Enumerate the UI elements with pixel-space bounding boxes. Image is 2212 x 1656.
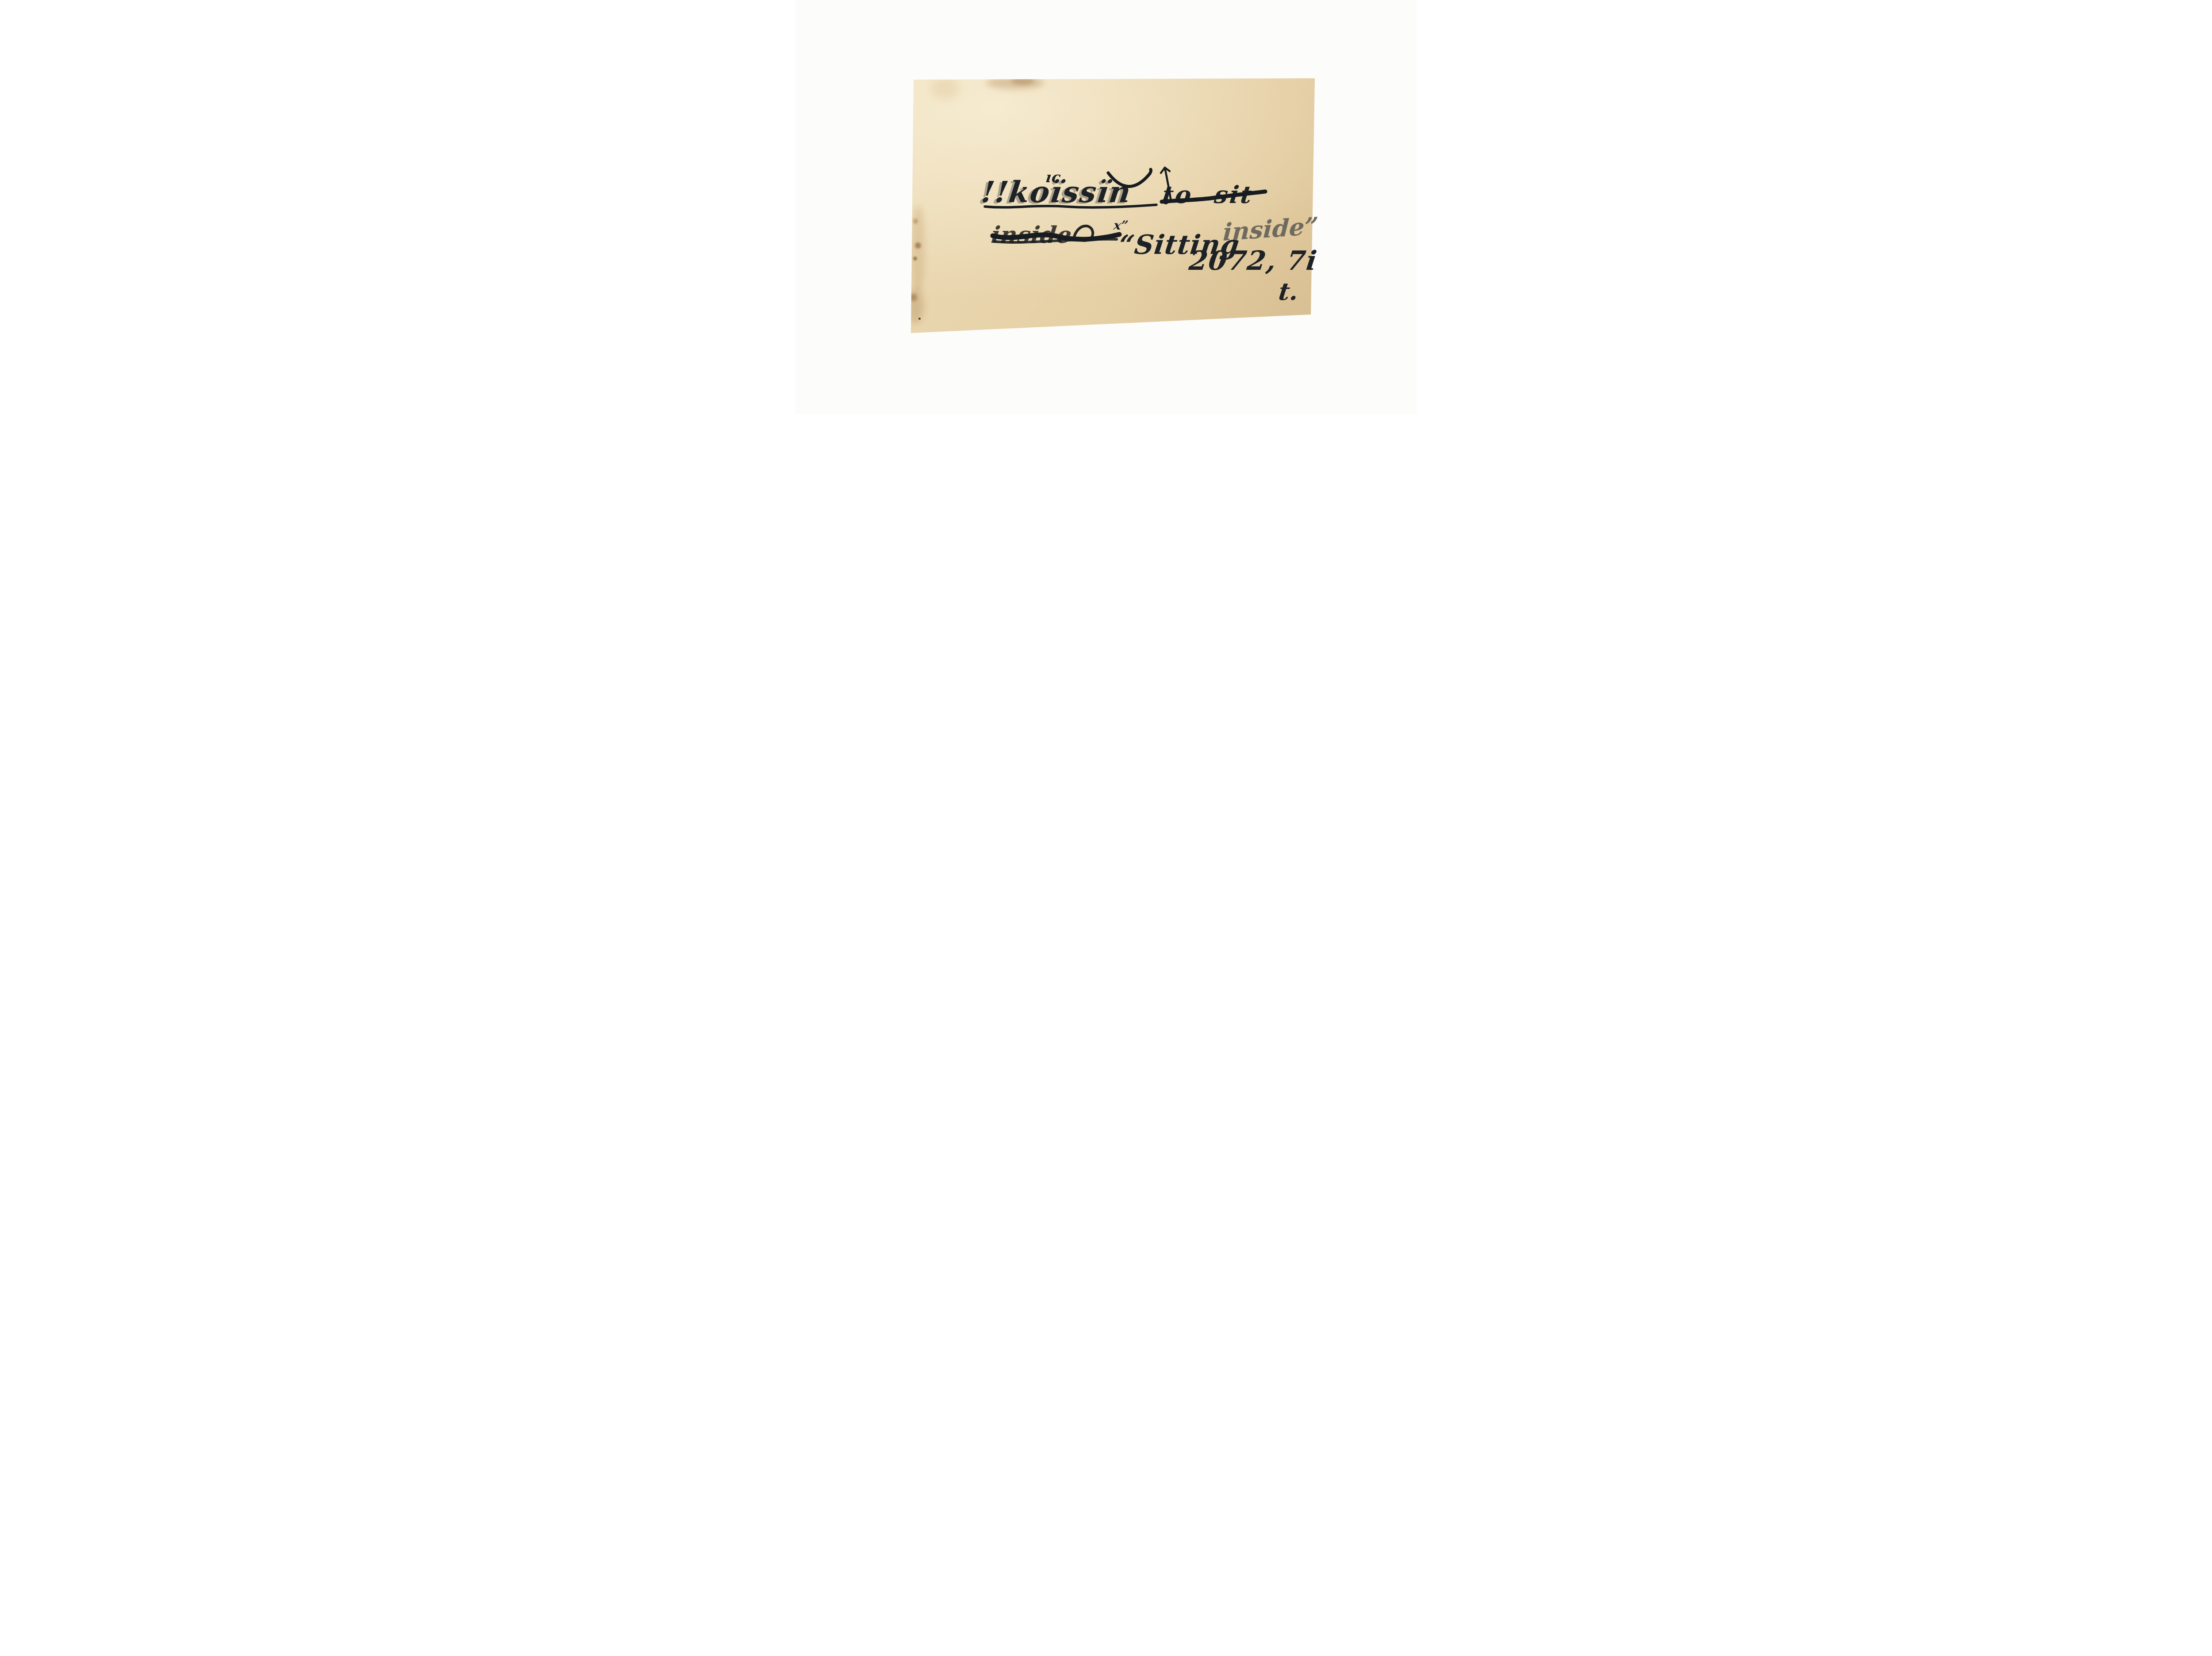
superscript-annotation: ıc [1045, 170, 1062, 184]
collector-initial: t. [1277, 280, 1299, 303]
catalog-number: 2072, 7i [1188, 248, 1319, 274]
photo-stage: !!koïssïn !!koïssïn ıc to sit inside x” … [795, 0, 1417, 414]
crossed-out-gloss: to sit [1161, 183, 1255, 207]
gloss-inside-faded: inside” [1222, 214, 1319, 244]
crossed-out-word: inside [990, 224, 1073, 247]
